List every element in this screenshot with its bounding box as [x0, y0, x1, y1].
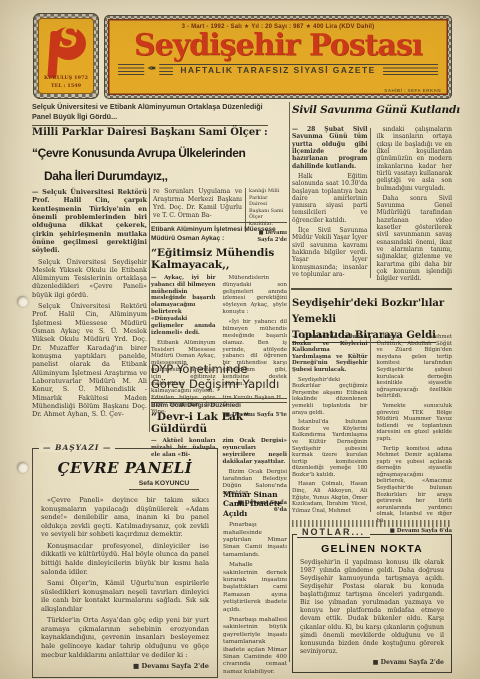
body-paragraph: Sami Ölçer'in, Kâmil Uğurlu'nun espirile… — [41, 579, 209, 613]
editorial-box: — BAŞYAZI — ÇEVRE PANELİ Sefa KOYUNCU «Ç… — [32, 448, 218, 678]
lead-paragraph: — Selçuk Üniversitesi Rektörü Prof. Hali… — [32, 188, 147, 255]
body-paragraph: Türkler'in Orta Asya'dan göç edip yeni b… — [41, 616, 209, 659]
notlar-body: Seydişehir'in il yapılması konusu ilk ol… — [300, 559, 444, 667]
mimar-body: Pınarbaşı mahallesinde yaptırılan Mimar … — [223, 522, 287, 676]
lead-paragraph: — İstanbul'da bulunan Bozkır ve Köylerin… — [292, 334, 368, 374]
sivil-column-2: sındaki çalışmaların ilk insanların orta… — [377, 126, 453, 286]
column-rule — [370, 336, 371, 512]
etibank-kicker: Etibank Alüminyum İşletmesi Müessese Müd… — [151, 226, 287, 244]
body-paragraph: Mahalle sakinlerinin dernek kurarak inşa… — [223, 562, 287, 614]
etibank-headline: “Eğitimsiz Mühendis Kalmayacak,, — [151, 247, 287, 271]
lead-story-column-1: — Selçuk Üniversitesi Rektörü Prof. Hali… — [32, 188, 147, 421]
notlar-box: NOTLAR... GELİNEN NOKTA Seydişehir'in il… — [292, 534, 452, 673]
logo-founded-text: KURULUŞ 1972 — [38, 75, 94, 83]
newspaper-subtitle: HAFTALIK TARAFSIZ SİYASİ GAZETE — [173, 65, 382, 75]
logo-background: S KURULUŞ 1972 TEL : 1549 — [38, 18, 94, 94]
body-paragraph: Demir, Mehmet Ünlütürk, Abdullah Söğüt v… — [377, 334, 453, 400]
logo-tel-text: TEL : 1549 — [38, 83, 94, 91]
body-paragraph: İstanbul'da bulunan Bozkır ve Köylerini … — [292, 419, 368, 478]
newspaper-page: S KURULUŞ 1972 TEL : 1549 3 - Mart - 199… — [0, 0, 480, 679]
body-paragraph: Tertip komitesi adına Mehmet Demir açıkl… — [377, 446, 453, 525]
lead-story-overline: Milli Parklar Dairesi Başkanı Sami Ölçer… — [32, 127, 268, 138]
body-paragraph: Hasan Çolmalı, Hasan Dinç, Ali Akkoyun, … — [292, 481, 368, 514]
editorial-title: ÇEVRE PANELİ — [41, 459, 209, 477]
editorial-author: Sefa KOYUNCU — [129, 480, 199, 490]
subtitle-band: ✒ HAFTALIK TARAFSIZ SİYASİ GAZETE — [118, 64, 438, 77]
dyp-headline: DYP Yönetiminde Görev Değişimi Yapıldı — [151, 362, 287, 392]
body-paragraph: Daha sonra Sivil Savunma Genel Müdürlüğü… — [377, 195, 453, 283]
section-rule — [291, 288, 452, 290]
owner-line: SAHİBİ : SEFA ERKAN — [384, 88, 441, 93]
logo-s-letter: S — [59, 25, 79, 52]
body-paragraph: Selçuk Üniversitesi Rektörü Prof. Halil … — [32, 302, 147, 418]
body-paragraph: Seydişehir'deki Bozkırlılar geçtiğimiz P… — [292, 377, 368, 417]
hatched-divider — [292, 520, 452, 527]
lead-headline-line1: “Çevre Konusunda Avrupa Ülkelerinden — [32, 142, 292, 165]
newspaper-logo: S KURULUŞ 1972 TEL : 1549 — [33, 13, 99, 99]
lead-headline-line2: Daha İleri Durumdayız,, — [32, 165, 292, 188]
body-paragraph: Yemekte sunuculuk görevini TEK Bölge Müd… — [377, 403, 453, 443]
sivil-story-body: — 28 Şubat Sivil Savunma Günü tüm yurtta… — [292, 126, 452, 286]
sivil-column-1: — 28 Şubat Sivil Savunma Günü tüm yurtta… — [292, 126, 368, 286]
body-paragraph: İlçe Sivil Savunma Müdür Vekili Yaşar İç… — [292, 227, 368, 278]
body-paragraph: sındaki çalışmaların ilk insanların orta… — [377, 126, 453, 192]
lead-paragraph: — 28 Şubat Sivil Savunma Günü tüm yurtta… — [292, 126, 368, 170]
lead-paragraph: — Aykaç, iyi bir yabancı dil bilmeyen mü… — [151, 275, 216, 337]
punch-hole — [17, 462, 28, 473]
notlar-label: NOTLAR... — [297, 527, 370, 538]
newspaper-title: Seydişehir Postası — [134, 30, 422, 62]
mimar-story: Mimar Sinan Camii İbadete Açıldı Pınarba… — [223, 490, 287, 679]
section-rule — [151, 398, 287, 399]
dyp-headline-line1: DYP Yönetiminde — [151, 362, 287, 377]
bozkir-headline-line1: Seydişehir'deki Bozkır'lılar Yemekli — [292, 296, 454, 328]
body-paragraph: Halk Eğitim salonunda saat 10.30'da başl… — [292, 173, 368, 224]
body-paragraph: «Çevre Paneli» deyince bir takım sıkıcı … — [41, 496, 209, 539]
column-rule — [149, 188, 150, 432]
lead-paragraph: zim Ocak Dergisi» oyuncuları seyircilere… — [223, 438, 288, 466]
editorial-body: «Çevre Paneli» deyince bir takım sıkıcı … — [41, 496, 209, 671]
laklak-headline: “Devr-i Lak Lak” Güldürdü — [151, 411, 287, 435]
laklak-kicker: Bizim Ocak Dergisi Düzenledi — [151, 402, 287, 409]
lead-story-kicker: Selçuk Üniversitesi ve Etibank Alüminyum… — [32, 102, 268, 126]
body-paragraph: re Sorunları Uygulama ve Araştırma Merke… — [153, 188, 242, 220]
body-paragraph: Pınarbaşı mahallesinde yaptırılan Mimar … — [223, 522, 287, 559]
continued-marker: ■ Devamı Sayfa 2'de — [41, 662, 209, 671]
body-paragraph: Pınarbaşı mahallesi sakinlerinin büyük g… — [223, 617, 287, 676]
mimar-headline: Mimar Sinan Camii İbadete Açıldı — [223, 490, 287, 518]
notlar-title: GELİNEN NOKTA — [300, 543, 444, 555]
bozkir-column-2: Demir, Mehmet Ünlütürk, Abdullah Söğüt v… — [377, 334, 453, 534]
bozkir-story-body: — İstanbul'da bulunan Bozkır ve Köylerin… — [292, 334, 452, 534]
pen-icon: ✒ — [144, 62, 159, 75]
dyp-headline-line2: Görev Değişimi Yapıldı — [151, 377, 287, 392]
sivil-headline: Sivil Savunma Günü Kutlandı — [292, 104, 454, 116]
lead-story-headline: “Çevre Konusunda Avrupa Ülkelerinden Dah… — [32, 142, 292, 188]
body-paragraph: Selçuk Üniversitesi Seydişehir Meslek Yü… — [32, 258, 147, 300]
masthead: 3 - Mart - 1992 - Salı ★ Yıl : 20 Sayı :… — [104, 15, 452, 99]
body-paragraph: Mühendislerin dünyadaki son gelişmeleri … — [223, 275, 288, 316]
editorial-label: — BAŞYAZI — — [39, 443, 115, 452]
punch-hole — [17, 296, 28, 307]
column-rule — [370, 128, 371, 278]
lead-story-column-2: re Sorunları Uygulama ve Araştırma Merke… — [153, 188, 242, 223]
continued-marker: ■ Devamı Sayfa 2'de — [300, 659, 444, 667]
bozkir-column-1: — İstanbul'da bulunan Bozkır ve Köylerin… — [292, 334, 368, 534]
main-column-rule — [289, 102, 290, 662]
body-paragraph: Seydişehir'in il yapılması konusu ilk ol… — [300, 559, 444, 656]
body-paragraph: Konuşmacılar profesyonel, dinleyiciler i… — [41, 542, 209, 576]
